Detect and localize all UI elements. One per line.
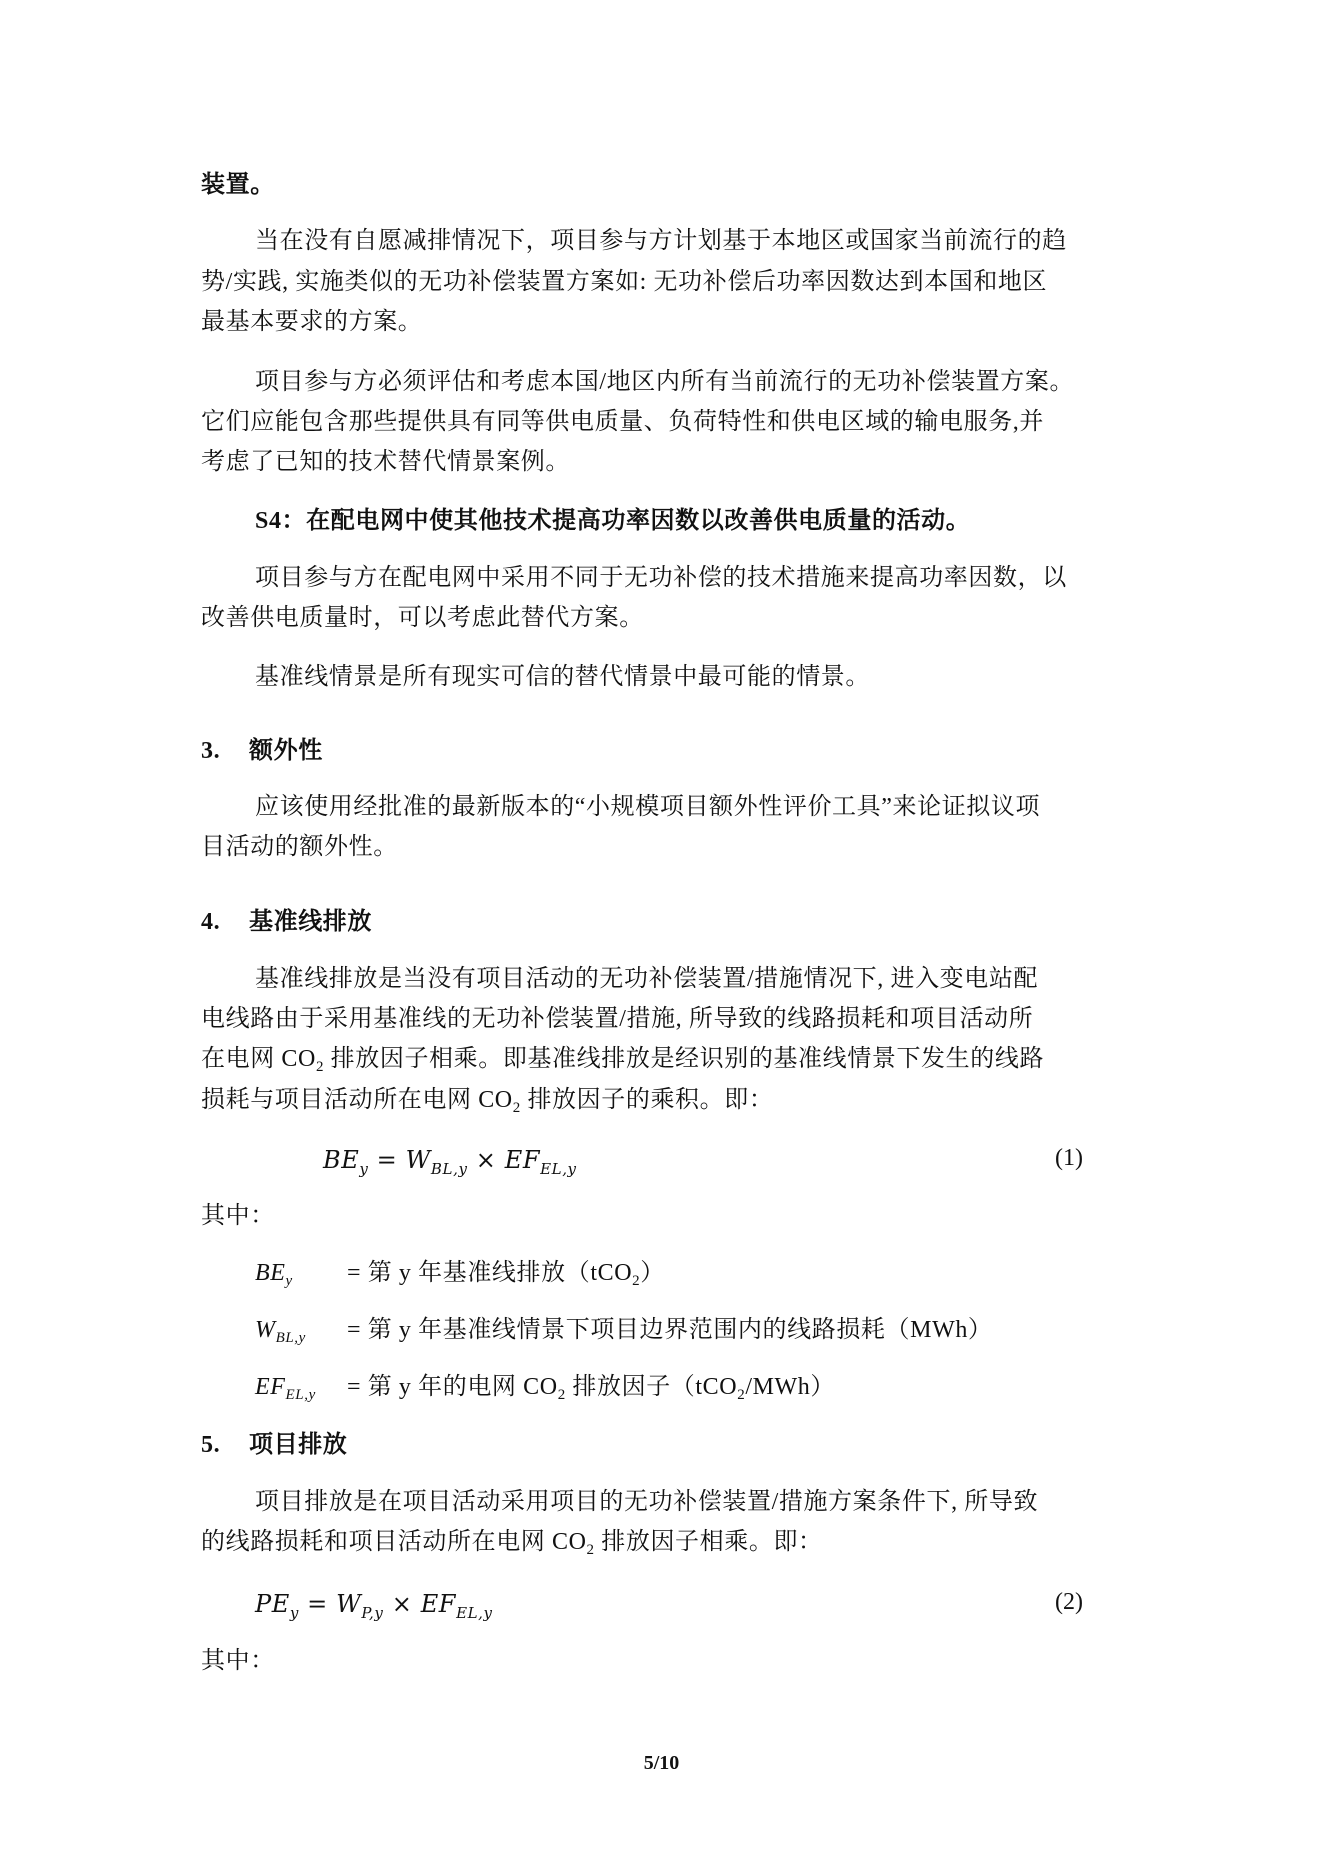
text-line: 基准线情景是所有现实可信的替代情景中最可能的情景。 bbox=[255, 662, 870, 692]
def-symbol: W bbox=[255, 1317, 276, 1343]
text-span: 在电网 CO bbox=[201, 1046, 316, 1072]
text-span: 排放因子相乘。即： bbox=[595, 1529, 823, 1555]
def-subscript: BL,y bbox=[276, 1330, 306, 1346]
subscript: 2 bbox=[587, 1542, 595, 1558]
eq-symbol: EF bbox=[421, 1590, 456, 1618]
definition-w: WBL,y= 第 y 年基准线情景下项目边界范围内的线路损耗（MWh） bbox=[255, 1315, 993, 1353]
text-line: 项目参与方必须评估和考虑本国/地区内所有当前流行的无功补偿装置方案。 bbox=[255, 367, 1074, 397]
section-number: 4. bbox=[201, 907, 249, 937]
text-line: 损耗与项目活动所在电网 CO2 排放因子的乘积。即： bbox=[201, 1085, 773, 1123]
eq-subscript: y bbox=[290, 1604, 299, 1622]
def-desc: /MWh） bbox=[745, 1374, 835, 1400]
section-number: 3. bbox=[201, 736, 249, 766]
text-line: 它们应能包含那些提供具有同等供电质量、负荷特性和供电区域的输电服务,并 bbox=[201, 407, 1044, 437]
section-title: 额外性 bbox=[249, 738, 323, 764]
text-line: 装置。 bbox=[201, 170, 275, 200]
text-line: 在电网 CO2 排放因子相乘。即基准线排放是经识别的基准线情景下发生的线路 bbox=[201, 1044, 1044, 1082]
section-title: 基准线排放 bbox=[249, 909, 372, 935]
equation-2: PEy = WP,y × EFEL,y bbox=[255, 1589, 493, 1628]
where-label: 其中： bbox=[201, 1646, 275, 1676]
times-sign: × bbox=[468, 1146, 505, 1174]
eq-subscript: BL,y bbox=[431, 1160, 468, 1178]
subscript: 2 bbox=[513, 1100, 521, 1116]
equation-number-2: (2) bbox=[1055, 1589, 1083, 1616]
text-line: 电线路由于采用基准线的无功补偿装置/措施, 所导致的线路损耗和项目活动所 bbox=[201, 1004, 1033, 1034]
eq-symbol: W bbox=[406, 1146, 431, 1174]
text-line: 应该使用经批准的最新版本的“小规模项目额外性评价工具”来论证拟议项 bbox=[255, 792, 1040, 822]
def-symbol: BE bbox=[255, 1260, 286, 1286]
def-symbol: EF bbox=[255, 1374, 286, 1400]
text-span: 的线路损耗和项目活动所在电网 CO bbox=[201, 1529, 587, 1555]
def-desc: = 第 y 年的电网 CO bbox=[347, 1374, 558, 1400]
eq-symbol: EF bbox=[505, 1146, 540, 1174]
equation-1: BEy = WBL,y × EFEL,y bbox=[323, 1145, 577, 1184]
s4-heading: S4：在配电网中使其他技术提高功率因数以改善供电质量的活动。 bbox=[255, 506, 970, 536]
def-desc: = 第 y 年基准线排放（tCO bbox=[347, 1260, 632, 1286]
text-line: 考虑了已知的技术替代情景案例。 bbox=[201, 447, 570, 477]
text-line: 目活动的额外性。 bbox=[201, 832, 398, 862]
text-line: 势/实践, 实施类似的无功补偿装置方案如: 无功补偿后功率因数达到本国和地区 bbox=[201, 267, 1047, 297]
eq-symbol: BE bbox=[323, 1146, 359, 1174]
eq-subscript: EL,y bbox=[540, 1160, 577, 1178]
page-number: 5/10 bbox=[0, 1752, 1323, 1775]
section-heading-4: 4.基准线排放 bbox=[201, 907, 372, 937]
text-line: 的线路损耗和项目活动所在电网 CO2 排放因子相乘。即： bbox=[201, 1527, 823, 1565]
def-desc: = 第 y 年基准线情景下项目边界范围内的线路损耗（MWh） bbox=[347, 1317, 993, 1343]
section-title: 项目排放 bbox=[249, 1432, 347, 1458]
text-span: 排放因子的乘积。即： bbox=[521, 1087, 774, 1113]
text-line: 最基本要求的方案。 bbox=[201, 307, 422, 337]
def-desc: 排放因子（tCO bbox=[566, 1374, 737, 1400]
text-line: 项目排放是在项目活动采用项目的无功补偿装置/措施方案条件下, 所导致 bbox=[255, 1487, 1038, 1517]
def-subscript: EL,y bbox=[286, 1387, 316, 1403]
text-line: 基准线排放是当没有项目活动的无功补偿装置/措施情况下, 进入变电站配 bbox=[255, 964, 1038, 994]
def-desc: ） bbox=[640, 1260, 665, 1286]
section-heading-5: 5.项目排放 bbox=[201, 1430, 347, 1460]
equals-sign: = bbox=[368, 1146, 405, 1174]
def-subscript: y bbox=[286, 1273, 293, 1289]
times-sign: × bbox=[384, 1590, 421, 1618]
text-line: 当在没有自愿减排情况下，项目参与方计划基于本地区或国家当前流行的趋 bbox=[255, 226, 1067, 256]
subscript: 2 bbox=[316, 1059, 324, 1075]
equation-number-1: (1) bbox=[1055, 1145, 1083, 1172]
subscript: 2 bbox=[558, 1387, 566, 1403]
equals-sign: = bbox=[299, 1590, 336, 1618]
definition-be: BEy= 第 y 年基准线排放（tCO2） bbox=[255, 1258, 665, 1296]
text-line: 改善供电质量时，可以考虑此替代方案。 bbox=[201, 603, 644, 633]
eq-symbol: W bbox=[336, 1590, 361, 1618]
section-heading-3: 3.额外性 bbox=[201, 736, 323, 766]
section-number: 5. bbox=[201, 1430, 249, 1460]
definition-ef: EFEL,y= 第 y 年的电网 CO2 排放因子（tCO2/MWh） bbox=[255, 1372, 835, 1410]
eq-subscript: EL,y bbox=[456, 1604, 493, 1622]
eq-symbol: PE bbox=[255, 1590, 290, 1618]
text-span: 损耗与项目活动所在电网 CO bbox=[201, 1087, 513, 1113]
text-span: 排放因子相乘。即基准线排放是经识别的基准线情景下发生的线路 bbox=[324, 1046, 1044, 1072]
text-line: 项目参与方在配电网中采用不同于无功补偿的技术措施来提高功率因数，以 bbox=[255, 563, 1067, 593]
where-label: 其中： bbox=[201, 1201, 275, 1231]
eq-subscript: P,y bbox=[361, 1604, 383, 1622]
